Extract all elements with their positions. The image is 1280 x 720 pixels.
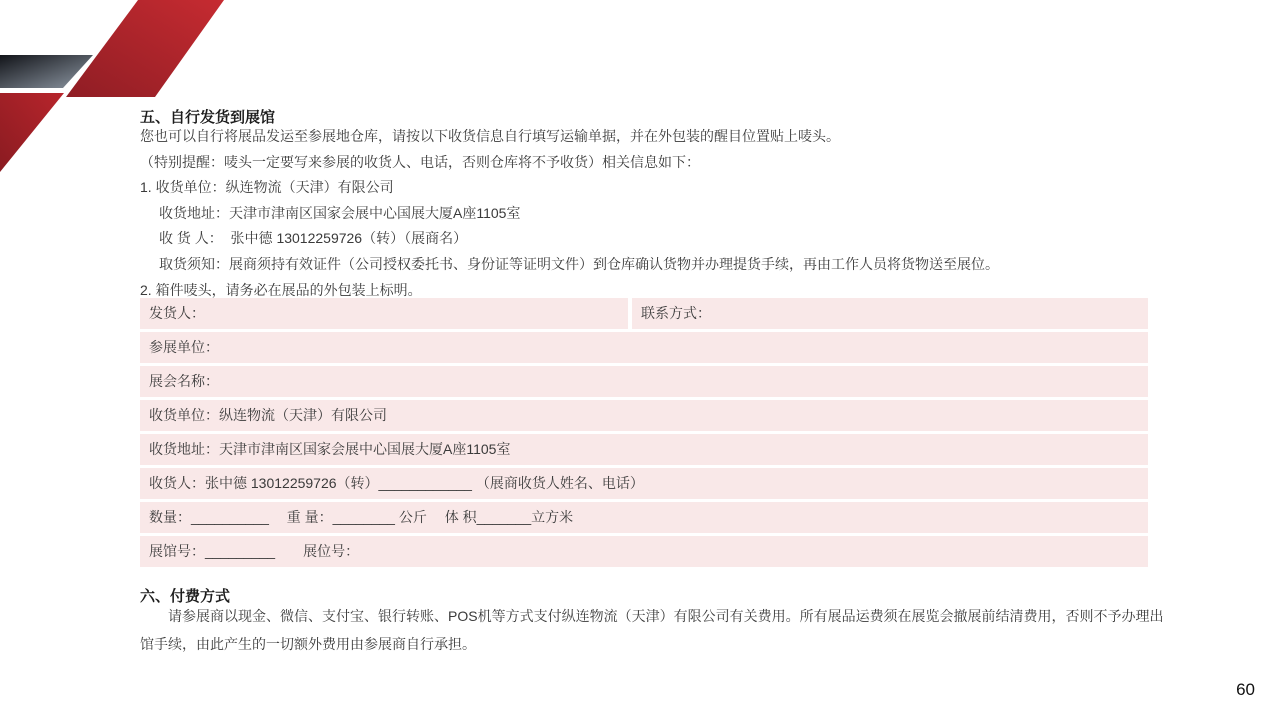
section5-notice: （特别提醒：唛头一定要写来参展的收货人、电话，否则仓库将不予收货）相关信息如下： [140, 150, 1172, 176]
table-row-consignee-address: 收货地址：天津市津南区国家会展中心国展大厦A座1105室 [140, 434, 1148, 465]
shipping-label-table: 发货人： 联系方式： 参展单位： 展会名称： 收货单位：纵连物流（天津）有限公司… [140, 298, 1148, 570]
sender-cell: 发货人： [140, 298, 628, 329]
section5-body: 您也可以自行将展品发运至参展地仓库，请按以下收货信息自行填写运输单据，并在外包装… [140, 124, 1172, 303]
receiver-address-line: 收货地址：天津市津南区国家会展中心国展大厦A座1105室 [140, 201, 1172, 227]
table-row-quantity-weight-volume: 数量：__________ 重 量：________ 公斤 体 积_______… [140, 502, 1148, 533]
page-number: 60 [1236, 680, 1255, 700]
section6-body: 请参展商以现金、微信、支付宝、银行转账、POS机等方式支付纵连物流（天津）有限公… [140, 602, 1172, 658]
list-item-1: 1. 收货单位：纵连物流（天津）有限公司 [140, 175, 1172, 201]
table-row: 发货人： 联系方式： [140, 298, 1148, 329]
table-row-exhibition-name: 展会名称： [140, 366, 1148, 397]
contact-cell: 联系方式： [632, 298, 1148, 329]
red-triangle [0, 93, 64, 172]
table-row-consignee-company: 收货单位：纵连物流（天津）有限公司 [140, 400, 1148, 431]
table-row-exhibitor: 参展单位： [140, 332, 1148, 363]
pickup-notice-line: 取货须知：展商须持有效证件（公司授权委托书、身份证等证明文件）到仓库确认货物并办… [140, 252, 1172, 278]
table-row-consignee-person: 收货人：张中德 13012259726（转）____________ （展商收货… [140, 468, 1148, 499]
section5-intro: 您也可以自行将展品发运至参展地仓库，请按以下收货信息自行填写运输单据，并在外包装… [140, 124, 1172, 150]
table-row-hall-booth: 展馆号：_________ 展位号： [140, 536, 1148, 567]
receiver-person-line: 收 货 人： 张中德 13012259726（转）（展商名） [140, 226, 1172, 252]
red-parallelogram [66, 0, 224, 97]
